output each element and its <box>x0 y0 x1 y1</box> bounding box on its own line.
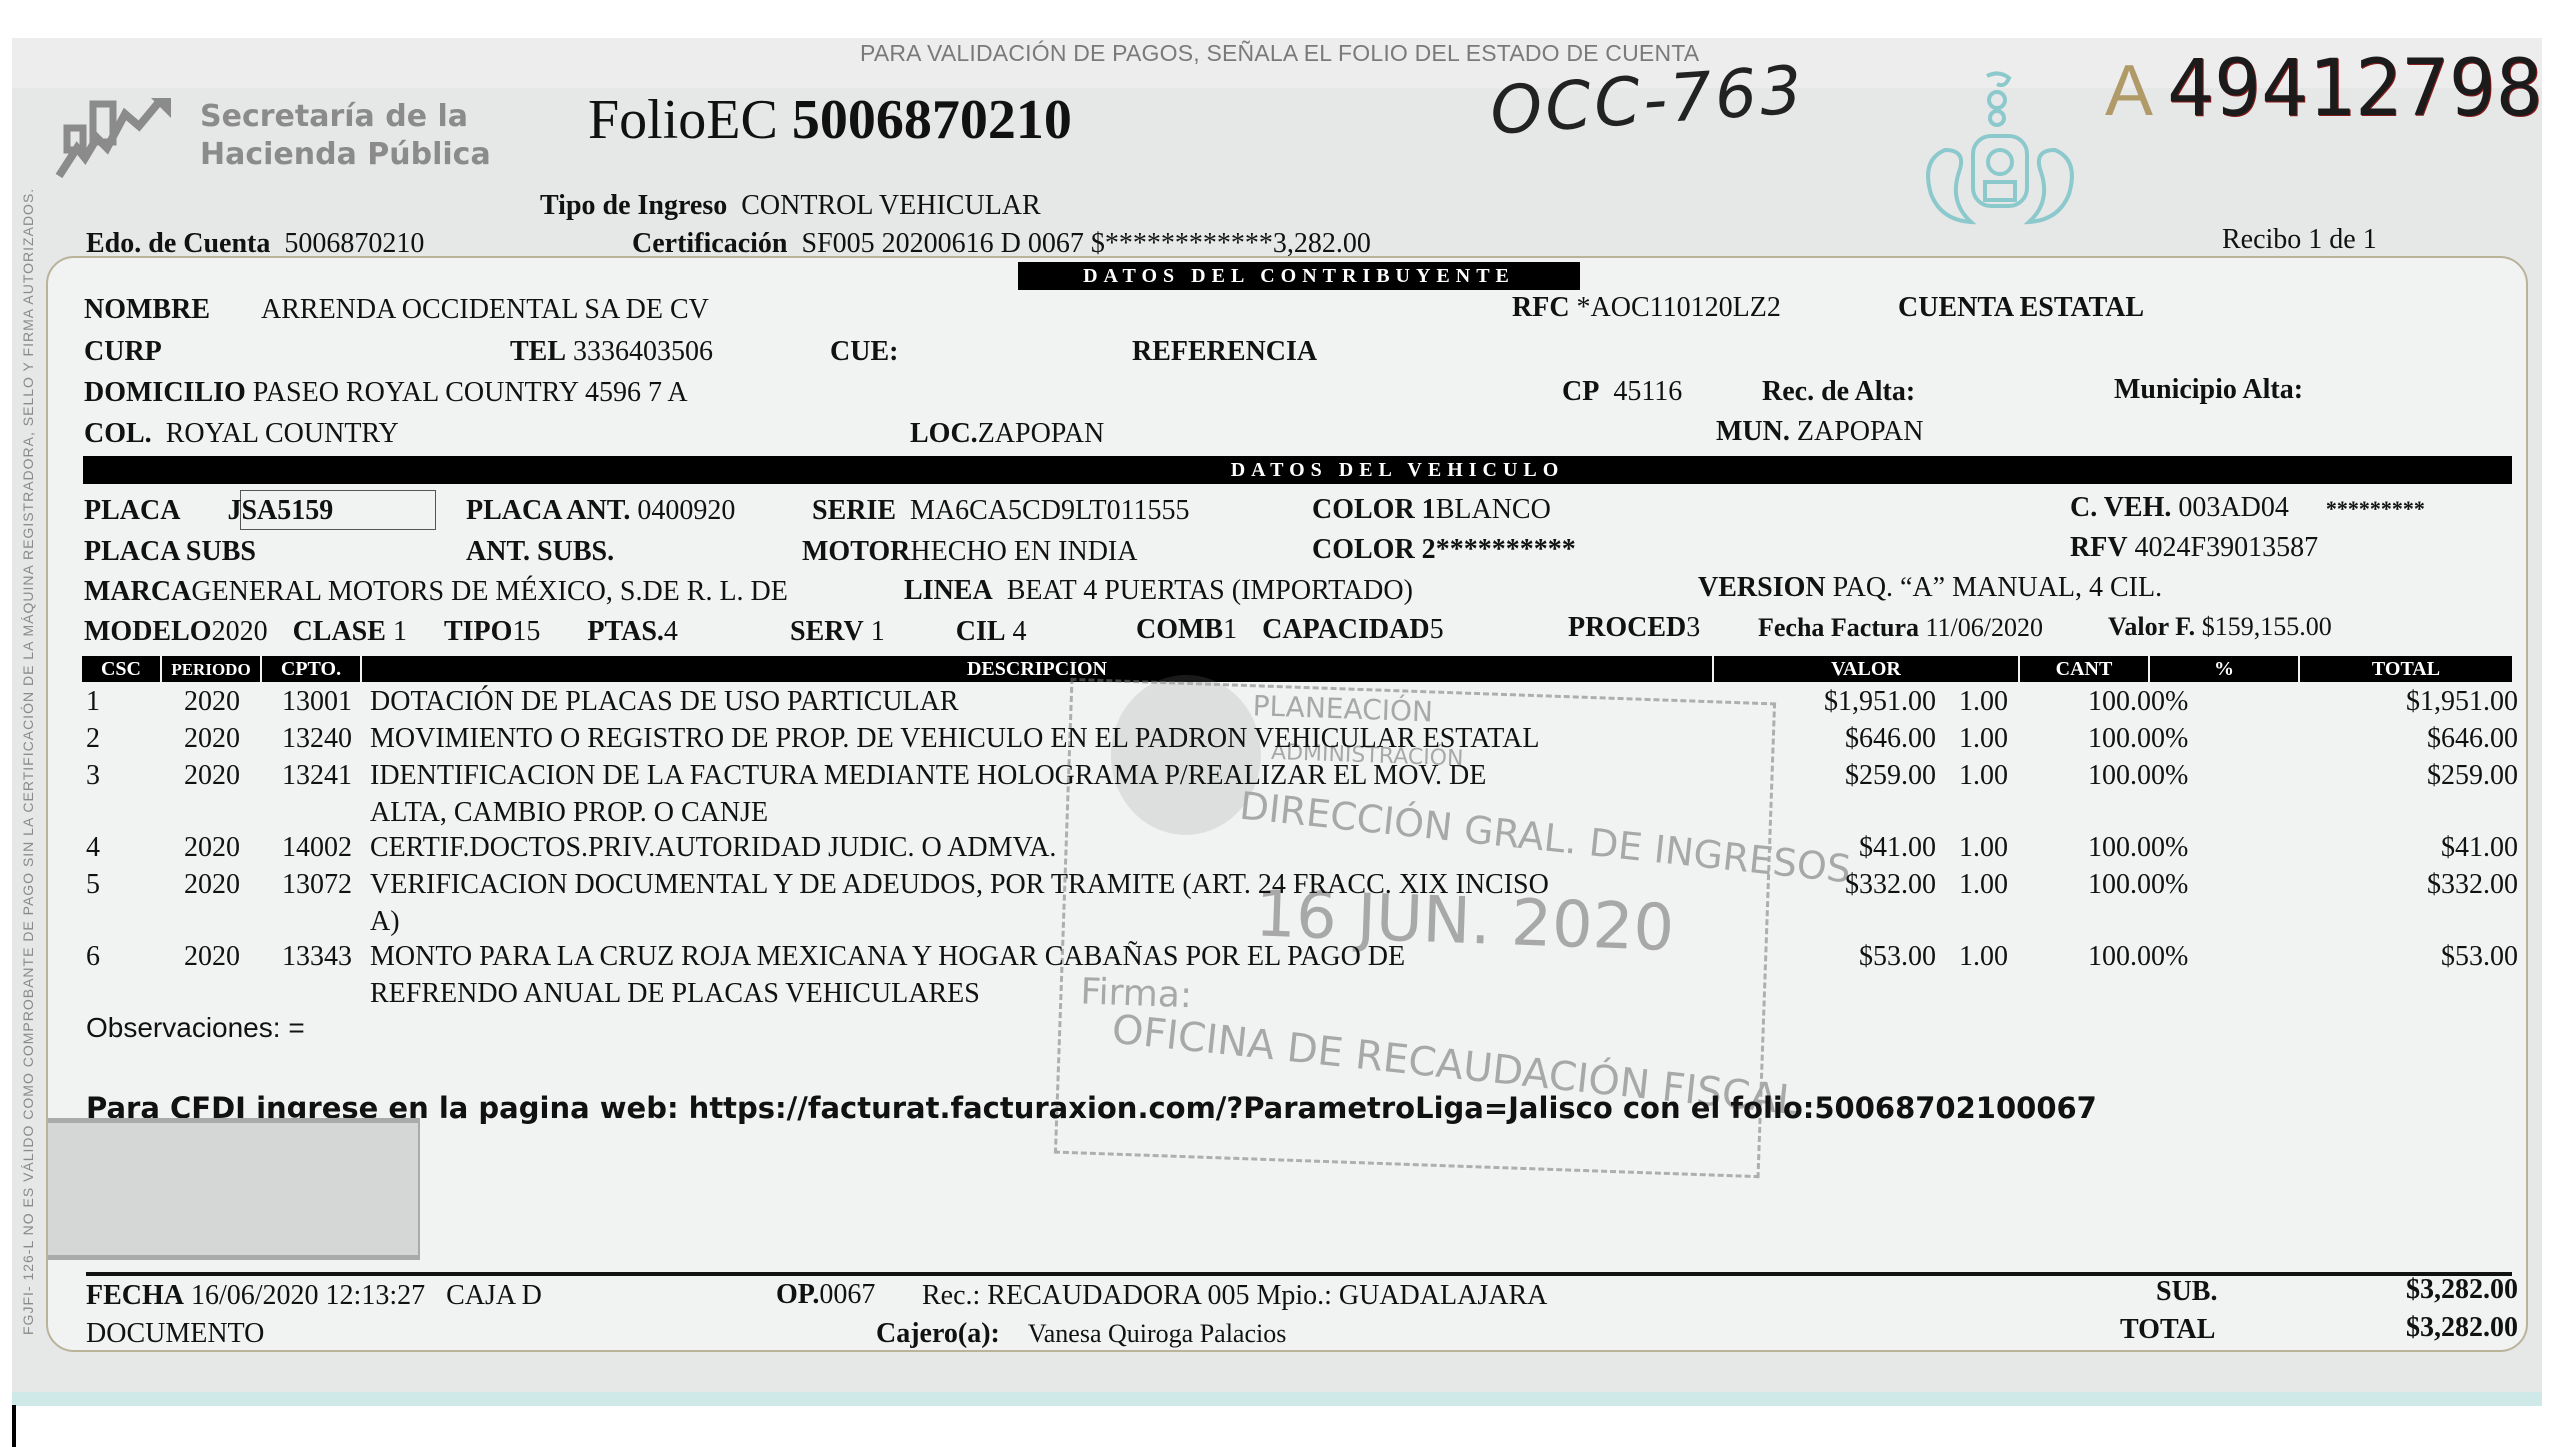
domicilio-label: DOMICILIO <box>84 377 246 408</box>
descripcion-cell: DOTACIÓN DE PLACAS DE USO PARTICULAR <box>370 686 959 718</box>
vehicle-specs-row-3: COMB1 CAPACIDAD5 <box>1136 614 1444 646</box>
items-table-header: CSC PERIODO CPTO. DESCRIPCION VALOR CANT… <box>82 656 2512 682</box>
pct-cell: 100.00% <box>2088 686 2188 718</box>
field-serie: SERIE MA6CA5CD9LT011555 <box>812 495 1190 527</box>
recaudadora: Rec.: RECAUDADORA 005 Mpio.: GUADALAJARA <box>922 1280 1547 1312</box>
csc-cell: 4 <box>86 832 100 864</box>
csc-cell: 1 <box>86 686 100 718</box>
pct-cell: 100.00% <box>2088 760 2188 792</box>
placa-subs-label: PLACA SUBS <box>84 536 256 568</box>
fecha-label: FECHA <box>86 1280 184 1311</box>
placa-ant-label: PLACA ANT. <box>466 495 630 526</box>
field-motor: MOTORHECHO EN INDIA <box>802 536 1137 568</box>
pct-cell: 100.00% <box>2088 832 2188 864</box>
valor-f-label: Valor F. <box>2108 612 2195 641</box>
serial-series: A <box>2105 51 2153 131</box>
footer-divider <box>86 1272 2512 1276</box>
op-value: 0067 <box>819 1279 875 1310</box>
section-contribuyente-header: DATOS DEL CONTRIBUYENTE <box>1018 262 1580 290</box>
descripcion-cell: IDENTIFICACION DE LA FACTURA MEDIANTE HO… <box>370 760 1486 792</box>
tel-label: TEL <box>510 336 566 367</box>
modelo-value: 2020 <box>212 616 268 647</box>
ptas-label: PTAS. <box>587 616 664 647</box>
cil-value: 4 <box>1013 616 1027 647</box>
color2-value: ********** <box>1436 534 1576 565</box>
clase-label: CLASE <box>293 616 386 647</box>
field-col: COL. ROYAL COUNTRY <box>84 418 399 450</box>
serie-value: MA6CA5CD9LT011555 <box>910 495 1190 526</box>
field-cp: CP 45116 <box>1562 376 1682 408</box>
vehicle-specs-row-2: SERV 1 CIL 4 <box>790 616 1027 648</box>
valor-cell: $1,951.00 <box>1630 686 1936 718</box>
field-loc: LOC.ZAPOPAN <box>910 418 1104 450</box>
comb-value: 1 <box>1223 614 1237 645</box>
field-color2: COLOR 2********** <box>1312 534 1576 566</box>
field-mun: MUN. ZAPOPAN <box>1716 416 1923 448</box>
placa-label: PLACA <box>84 495 180 526</box>
color2-label: COLOR 2 <box>1312 534 1436 565</box>
referencia-label: REFERENCIA <box>1132 336 1317 368</box>
cue-label: CUE: <box>830 336 898 368</box>
pct-cell: 100.00% <box>2088 723 2188 755</box>
col-valor: VALOR <box>1714 656 2020 682</box>
periodo-cell: 2020 <box>184 941 240 973</box>
cpto-cell: 13241 <box>282 760 352 792</box>
loc-label: LOC. <box>910 418 978 449</box>
perforation-strip <box>12 1392 2542 1406</box>
cant-cell: 1.00 <box>1940 760 2008 792</box>
cveh-value: 003AD04 <box>2178 492 2288 523</box>
valor-f-value: $159,155.00 <box>2202 612 2332 641</box>
serv-value: 1 <box>871 616 885 647</box>
version-value: PAQ. “A” MANUAL, 4 CIL. <box>1833 572 2163 603</box>
total-cell: $332.00 <box>2300 869 2518 901</box>
cajero-label: Cajero(a): <box>876 1318 1000 1349</box>
col-descripcion: DESCRIPCION <box>362 656 1714 682</box>
field-version: VERSION PAQ. “A” MANUAL, 4 CIL. <box>1698 572 2162 604</box>
col-label: COL. <box>84 418 152 449</box>
col-cant: CANT <box>2020 656 2150 682</box>
agency-name-line2: Hacienda Pública <box>200 136 520 174</box>
cpto-cell: 13343 <box>282 941 352 973</box>
nombre-label: NOMBRE <box>84 294 210 325</box>
field-marca: MARCAGENERAL MOTORS DE MÉXICO, S.DE R. L… <box>84 576 788 608</box>
total-label: TOTAL <box>2120 1314 2215 1346</box>
agency-name-line1: Secretaría de la <box>200 98 520 136</box>
cp-value: 45116 <box>1613 376 1682 407</box>
valor-cell: $259.00 <box>1630 760 1936 792</box>
col-pct: % <box>2150 656 2300 682</box>
fecha-factura-label: Fecha Factura <box>1758 613 1919 642</box>
cuenta-estatal-label: CUENTA ESTATAL <box>1898 292 2144 324</box>
rfv-label: RFV <box>2070 532 2128 563</box>
total-cell: $53.00 <box>2300 941 2518 973</box>
periodo-cell: 2020 <box>184 869 240 901</box>
capacidad-value: 5 <box>1430 614 1444 645</box>
observaciones: Observaciones: = <box>86 1012 305 1044</box>
valor-cell: $332.00 <box>1630 869 1936 901</box>
total-cell: $41.00 <box>2300 832 2518 864</box>
cveh-mask: ********* <box>2326 496 2425 521</box>
sub-label: SUB. <box>2156 1276 2217 1308</box>
periodo-cell: 2020 <box>184 686 240 718</box>
pct-cell: 100.00% <box>2088 941 2188 973</box>
motor-label: MOTOR <box>802 536 910 567</box>
field-rfv: RFV 4024F39013587 <box>2070 532 2318 564</box>
tipo-ingreso: Tipo de Ingreso CONTROL VEHICULAR <box>540 190 1041 222</box>
col-periodo: PERIODO <box>162 656 262 682</box>
loc-value: ZAPOPAN <box>978 418 1105 449</box>
valor-cell: $53.00 <box>1630 941 1936 973</box>
cajero-value: Vanesa Quiroga Palacios <box>1028 1319 1286 1348</box>
mun-label: MUN. <box>1716 416 1790 447</box>
nombre-value: ARRENDA OCCIDENTAL SA DE CV <box>261 294 709 325</box>
descripcion-cell: VERIFICACION DOCUMENTAL Y DE ADEUDOS, PO… <box>370 869 1549 901</box>
col-csc: CSC <box>82 656 162 682</box>
folio-ec: FolioEC 5006870210 <box>588 88 1072 152</box>
field-domicilio: DOMICILIO PASEO ROYAL COUNTRY 4596 7 A <box>84 377 688 409</box>
descripcion-cell-continued: ALTA, CAMBIO PROP. O CANJE <box>370 797 768 829</box>
proced-label: PROCED <box>1568 612 1686 643</box>
periodo-cell: 2020 <box>184 832 240 864</box>
tipo-ingreso-label: Tipo de Ingreso <box>540 190 727 221</box>
field-op: OP.0067 <box>776 1279 875 1311</box>
cant-cell: 1.00 <box>1940 832 2008 864</box>
rec-alta-label: Rec. de Alta: <box>1762 376 1915 408</box>
domicilio-value: PASEO ROYAL COUNTRY 4596 7 A <box>253 377 688 408</box>
vehicle-specs-row: MODELO2020 CLASE 1 TIPO15 PTAS.4 <box>84 616 678 648</box>
col-cpto: CPTO. <box>262 656 362 682</box>
redacted-area <box>48 1118 420 1260</box>
rfc-value: *AOC110120LZ2 <box>1577 292 1781 323</box>
marca-label: MARCA <box>84 576 191 607</box>
field-fecha-factura: Fecha Factura 11/06/2020 <box>1758 613 2043 643</box>
total-value: $3,282.00 <box>2330 1312 2518 1344</box>
descripcion-cell: MOVIMIENTO O REGISTRO DE PROP. DE VEHICU… <box>370 723 1539 755</box>
csc-cell: 2 <box>86 723 100 755</box>
total-cell: $646.00 <box>2300 723 2518 755</box>
descripcion-cell-continued: A) <box>370 906 400 938</box>
version-label: VERSION <box>1698 572 1826 603</box>
total-cell: $259.00 <box>2300 760 2518 792</box>
hacienda-logo-icon <box>55 96 175 180</box>
fecha-value: 16/06/2020 12:13:27 <box>191 1280 425 1311</box>
mun-value: ZAPOPAN <box>1797 416 1924 447</box>
tel-value: 3336403506 <box>573 336 713 367</box>
proced-value: 3 <box>1686 612 1700 643</box>
serie-label: SERIE <box>812 495 896 526</box>
cant-cell: 1.00 <box>1940 686 2008 718</box>
serv-label: SERV <box>790 616 864 647</box>
pct-cell: 100.00% <box>2088 869 2188 901</box>
certificacion-value: SF005 20200616 D 0067 $************3,282… <box>802 228 1371 259</box>
capacidad-label: CAPACIDAD <box>1262 614 1429 645</box>
op-label: OP. <box>776 1279 819 1310</box>
rfv-value: 4024F39013587 <box>2135 532 2319 563</box>
linea-label: LINEA <box>904 575 993 606</box>
clase-value: 1 <box>393 616 407 647</box>
placa-ant-value: 0400920 <box>637 495 735 526</box>
field-valor-factura: Valor F. $159,155.00 <box>2108 612 2332 642</box>
csc-cell: 6 <box>86 941 100 973</box>
tipo-label: TIPO <box>444 616 512 647</box>
certificacion-label: Certificación <box>632 228 788 259</box>
comb-label: COMB <box>1136 614 1223 645</box>
cant-cell: 1.00 <box>1940 869 2008 901</box>
field-fecha: FECHA 16/06/2020 12:13:27 CAJA D <box>86 1280 542 1312</box>
cil-label: CIL <box>956 616 1006 647</box>
field-placa: PLACA JSA5159 <box>84 495 333 527</box>
total-cell: $1,951.00 <box>2300 686 2518 718</box>
marca-value: GENERAL MOTORS DE MÉXICO, S.DE R. L. DE <box>191 576 788 607</box>
cant-cell: 1.00 <box>1940 941 2008 973</box>
folio-number: 5006870210 <box>792 89 1072 151</box>
cpto-cell: 13001 <box>282 686 352 718</box>
fecha-factura-value: 11/06/2020 <box>1926 613 2043 642</box>
edo-cuenta-value: 5006870210 <box>284 228 424 259</box>
periodo-cell: 2020 <box>184 760 240 792</box>
col-total: TOTAL <box>2300 656 2512 682</box>
curp-label: CURP <box>84 336 162 368</box>
edo-cuenta-label: Edo. de Cuenta <box>86 228 270 259</box>
agency-name: Secretaría de la Hacienda Pública <box>200 98 520 174</box>
field-linea: LINEA BEAT 4 PUERTAS (IMPORTADO) <box>904 575 1413 607</box>
motor-value: HECHO EN INDIA <box>910 536 1137 567</box>
descripcion-cell-continued: REFRENDO ANUAL DE PLACAS VEHICULARES <box>370 978 980 1010</box>
tipo-ingreso-value: CONTROL VEHICULAR <box>741 190 1040 221</box>
valor-cell: $646.00 <box>1630 723 1936 755</box>
caja-value: CAJA D <box>446 1280 542 1311</box>
color1-value: BLANCO <box>1436 494 1551 525</box>
col-value: ROYAL COUNTRY <box>166 418 399 449</box>
folio-label: FolioEC <box>588 89 778 151</box>
rfc-label: RFC <box>1512 292 1570 323</box>
field-color1: COLOR 1BLANCO <box>1312 494 1551 526</box>
field-nombre: NOMBRE ARRENDA OCCIDENTAL SA DE CV <box>84 294 709 326</box>
field-placa-ant: PLACA ANT. 0400920 <box>466 495 735 527</box>
descripcion-cell: MONTO PARA LA CRUZ ROJA MEXICANA Y HOGAR… <box>370 941 1405 973</box>
legal-side-note: FGJFI- 126-L NO ES VÁLIDO COMO COMPROBAN… <box>20 188 36 1335</box>
color1-label: COLOR 1 <box>1312 494 1436 525</box>
ant-subs-label: ANT. SUBS. <box>466 536 614 568</box>
cp-label: CP <box>1562 376 1599 407</box>
documento-label: DOCUMENTO <box>86 1318 264 1350</box>
valor-cell: $41.00 <box>1630 832 1936 864</box>
cpto-cell: 13072 <box>282 869 352 901</box>
validation-note: PARA VALIDACIÓN DE PAGOS, SEÑALA EL FOLI… <box>860 40 1699 67</box>
field-tel: TEL 3336403506 <box>510 336 713 368</box>
cpto-cell: 14002 <box>282 832 352 864</box>
municipio-alta-label: Municipio Alta: <box>2114 374 2303 406</box>
csc-cell: 5 <box>86 869 100 901</box>
state-emblem-icon <box>1915 70 2085 230</box>
descripcion-cell: CERTIF.DOCTOS.PRIV.AUTORIDAD JUDIC. O AD… <box>370 832 1056 864</box>
periodo-cell: 2020 <box>184 723 240 755</box>
cpto-cell: 13240 <box>282 723 352 755</box>
linea-value: BEAT 4 PUERTAS (IMPORTADO) <box>1007 575 1413 606</box>
cveh-label: C. VEH. <box>2070 492 2171 523</box>
field-cajero: Cajero(a): Vanesa Quiroga Palacios <box>876 1318 1286 1350</box>
placa-value: JSA5159 <box>227 495 333 526</box>
field-rfc: RFC *AOC110120LZ2 <box>1512 292 1781 324</box>
field-proced: PROCED3 <box>1568 612 1700 644</box>
modelo-label: MODELO <box>84 616 212 647</box>
serial-digits: 49412798 <box>2167 44 2543 134</box>
cant-cell: 1.00 <box>1940 723 2008 755</box>
tipo-value: 15 <box>512 616 540 647</box>
section-vehiculo-header: DATOS DEL VEHICULO <box>83 456 2512 484</box>
serial-number: A49412798 <box>2105 44 2543 134</box>
ptas-value: 4 <box>664 616 678 647</box>
csc-cell: 3 <box>86 760 100 792</box>
field-cveh: C. VEH. 003AD04 ********* <box>2070 492 2425 524</box>
recibo-counter: Recibo 1 de 1 <box>2222 224 2377 256</box>
scan-edge-mark <box>12 1405 16 1447</box>
sub-value: $3,282.00 <box>2330 1274 2518 1306</box>
